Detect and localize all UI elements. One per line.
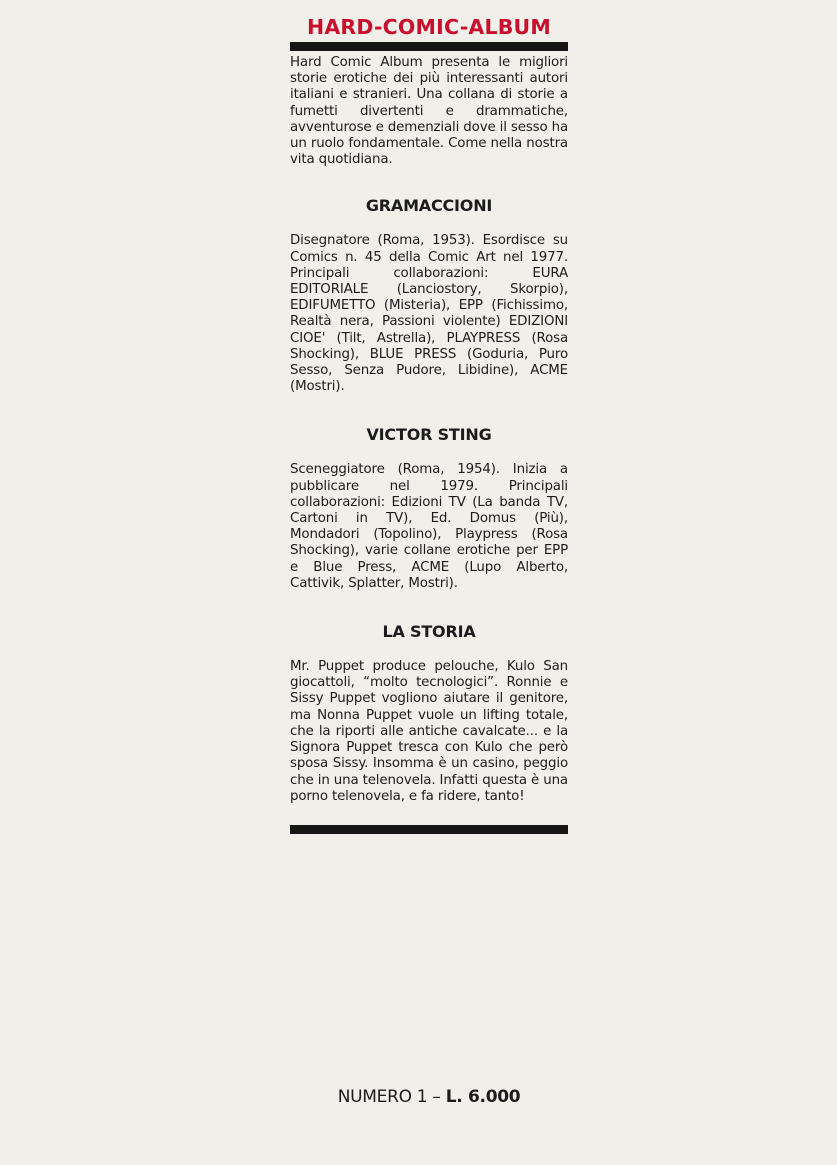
bottom-divider <box>290 825 568 834</box>
intro-paragraph: Hard Comic Album presenta le migliori st… <box>290 55 568 168</box>
bio-gramaccioni: Disegnatore (Roma, 1953). Esordisce su C… <box>290 233 568 395</box>
top-divider <box>290 42 568 51</box>
heading-victor-sting: VICTOR STING <box>290 425 568 444</box>
heading-gramaccioni: GRAMACCIONI <box>290 196 568 215</box>
issue-number: NUMERO 1 – <box>338 1087 446 1107</box>
issue-price: NUMERO 1 – L. 6.000 <box>290 1087 568 1107</box>
series-title: HARD-COMIC-ALBUM <box>290 14 568 40</box>
price-amount: L. 6.000 <box>446 1087 521 1107</box>
heading-la-storia: LA STORIA <box>290 622 568 641</box>
back-cover-column: HARD-COMIC-ALBUM Hard Comic Album presen… <box>290 14 568 834</box>
story-synopsis: Mr. Puppet produce pelouche, Kulo San gi… <box>290 659 568 805</box>
bio-victor-sting: Sceneggiatore (Roma, 1954). Inizia a pub… <box>290 462 568 592</box>
